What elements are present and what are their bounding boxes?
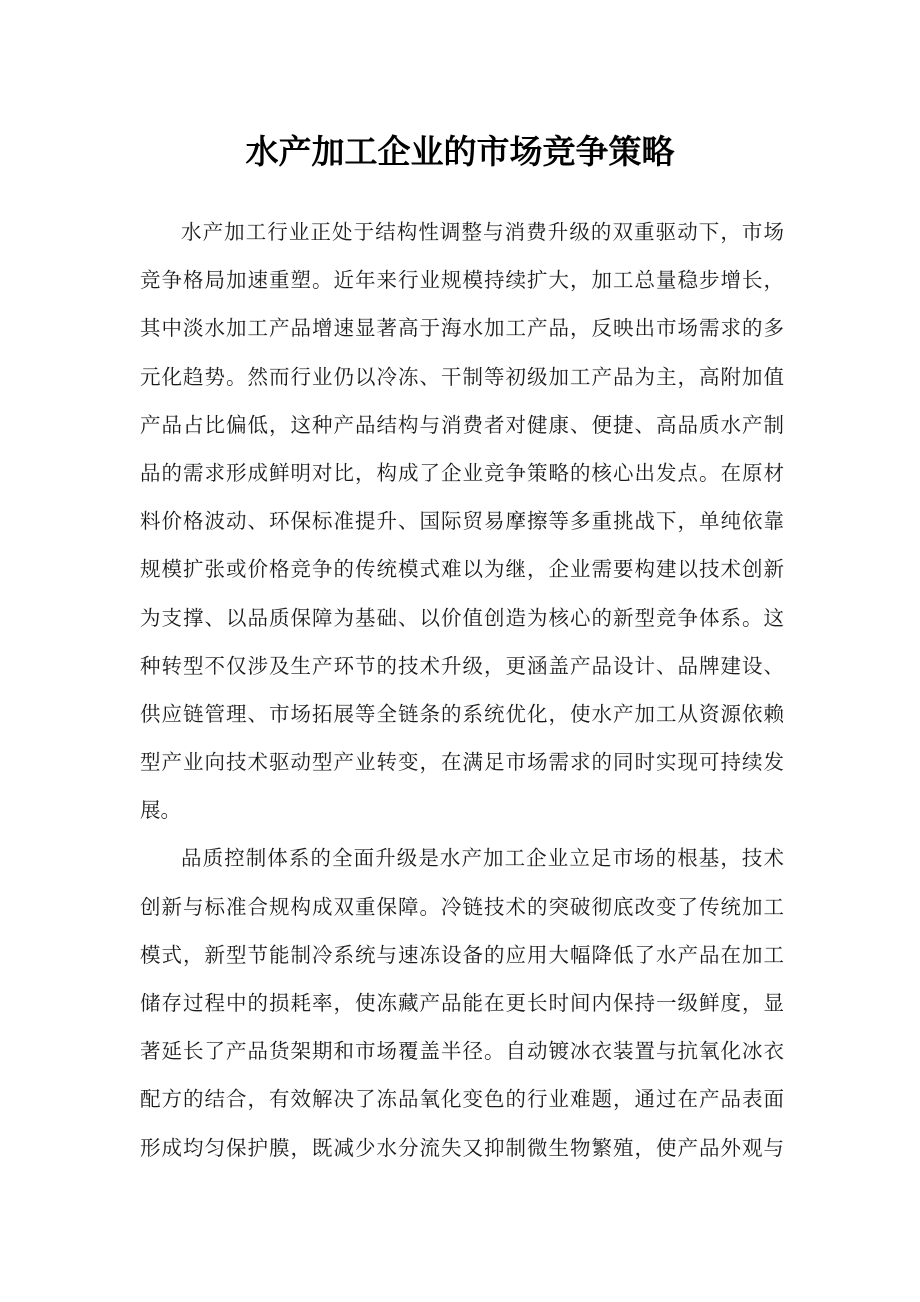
paragraph-line: 模式，新型节能制冷系统与速冻设备的应用大幅降低了水产品在加工 <box>140 931 784 979</box>
paragraph-line: 规模扩张或价格竞争的传统模式难以为继，企业需要构建以技术创新 <box>140 545 784 593</box>
paragraph-line: 竞争格局加速重塑。近年来行业规模持续扩大，加工总量稳步增长， <box>140 256 784 304</box>
paragraph-line: 形成均匀保护膜，既减少水分流失又抑制微生物繁殖，使产品外观与 <box>140 1124 784 1172</box>
paragraph-line: 产品占比偏低，这种产品结构与消费者对健康、便捷、高品质水产制 <box>140 401 784 449</box>
paragraph-line: 配方的结合，有效解决了冻品氧化变色的行业难题，通过在产品表面 <box>140 1075 784 1123</box>
paragraph-line: 其中淡水加工产品增速显著高于海水加工产品，反映出市场需求的多 <box>140 304 784 352</box>
paragraph-line: 储存过程中的损耗率，使冻藏产品能在更长时间内保持一级鲜度，显 <box>140 979 784 1027</box>
document-body: 水产加工行业正处于结构性调整与消费升级的双重驱动下，市场 竞争格局加速重塑。近年… <box>140 208 784 1172</box>
paragraph-line: 水产加工行业正处于结构性调整与消费升级的双重驱动下，市场 <box>140 208 784 256</box>
paragraph-line: 供应链管理、市场拓展等全链条的系统优化，使水产加工从资源依赖 <box>140 690 784 738</box>
paragraph-line: 品的需求形成鲜明对比，构成了企业竞争策略的核心出发点。在原材 <box>140 449 784 497</box>
document-page: 水产加工企业的市场竞争策略 水产加工行业正处于结构性调整与消费升级的双重驱动下，… <box>0 0 920 1302</box>
document-title: 水产加工企业的市场竞争策略 <box>0 126 920 178</box>
paragraph-line: 著延长了产品货架期和市场覆盖半径。自动镀冰衣装置与抗氧化冰衣 <box>140 1027 784 1075</box>
paragraph-line: 为支撑、以品质保障为基础、以价值创造为核心的新型竞争体系。这 <box>140 594 784 642</box>
paragraph-line: 展。 <box>140 786 784 834</box>
paragraph-line: 种转型不仅涉及生产环节的技术升级，更涵盖产品设计、品牌建设、 <box>140 642 784 690</box>
paragraph-line: 品质控制体系的全面升级是水产加工企业立足市场的根基，技术 <box>140 834 784 882</box>
paragraph-line: 创新与标准合规构成双重保障。冷链技术的突破彻底改变了传统加工 <box>140 883 784 931</box>
paragraph-line: 型产业向技术驱动型产业转变，在满足市场需求的同时实现可持续发 <box>140 738 784 786</box>
paragraph-line: 料价格波动、环保标准提升、国际贸易摩擦等多重挑战下，单纯依靠 <box>140 497 784 545</box>
paragraph-2: 品质控制体系的全面升级是水产加工企业立足市场的根基，技术 创新与标准合规构成双重… <box>140 834 784 1171</box>
paragraph-1: 水产加工行业正处于结构性调整与消费升级的双重驱动下，市场 竞争格局加速重塑。近年… <box>140 208 784 834</box>
paragraph-line: 元化趋势。然而行业仍以冷冻、干制等初级加工产品为主，高附加值 <box>140 353 784 401</box>
